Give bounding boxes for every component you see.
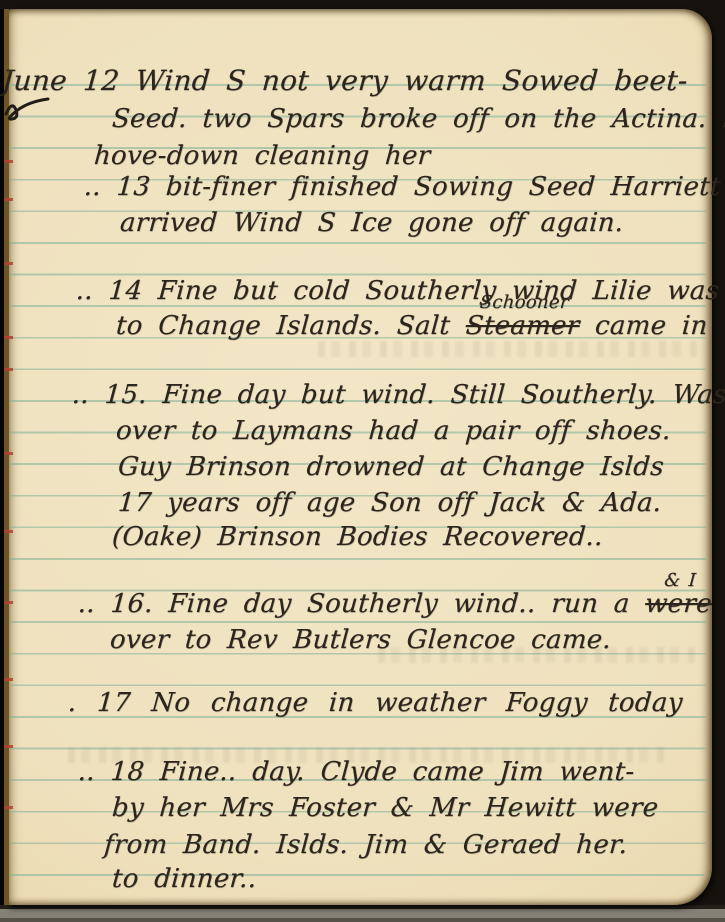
journal-text: .. 13 bit-finer finished Sowing Seed Har… xyxy=(83,172,722,202)
correction-word: Schooner xyxy=(479,292,569,313)
journal-text: to dinner.. xyxy=(111,864,258,894)
journal-text: .. 18 Fine.. day. Clyde came Jim went- xyxy=(77,757,636,787)
journal-text: from Band. Islds. Jim & Geraed her. xyxy=(103,830,629,860)
journal-text: Guy Brinson drowned at Change Islds xyxy=(117,452,665,482)
journal-line: hove-down cleaning her xyxy=(93,141,432,171)
journal-text: by her Mrs Foster & Mr Hewitt were xyxy=(111,793,660,823)
journal-line: by her Mrs Foster & Mr Hewitt were xyxy=(111,793,660,823)
journal-line: (Oake) Brinson Bodies Recovered.. xyxy=(111,522,604,552)
journal-line: . 17 No change in weather Foggy today xyxy=(67,688,684,718)
journal-line: .. 14 Fine but cold Southerly wind Lilie… xyxy=(75,276,720,306)
journal-line: .. 18 Fine.. day. Clyde came Jim went- xyxy=(77,757,636,787)
journal-text: June 12 Wind S not very warm Sowed beet- xyxy=(1,64,689,97)
ink-flourish xyxy=(4,96,50,122)
journal-text: were xyxy=(644,589,713,619)
margin-tick xyxy=(4,368,13,371)
margin-tick xyxy=(4,806,13,809)
margin-tick xyxy=(4,160,13,163)
show-through-smudge xyxy=(318,341,698,357)
journal-text: .. 16. Fine day Southerly wind.. run a xyxy=(77,589,646,619)
journal-text: .. 15. Fine day but wind. Still Southerl… xyxy=(71,380,725,410)
correction-word: & I xyxy=(664,570,697,591)
journal-line: Guy Brinson drowned at Change Islds xyxy=(117,452,665,482)
journal-line: June 12 Wind S not very warm Sowed beet- xyxy=(1,64,689,97)
journal-line: Seed. two Spars broke off on the Actina.… xyxy=(111,104,725,134)
journal-line: from Band. Islds. Jim & Geraed her. xyxy=(103,830,629,860)
journal-text: 17 years off age Son off Jack & Ada. xyxy=(117,488,663,518)
journal-line: to Change Islands. Salt SteamerSchooner … xyxy=(115,311,709,341)
journal-text: to Change Islands. Salt xyxy=(115,311,467,341)
margin-tick xyxy=(4,262,13,265)
margin-tick xyxy=(4,678,13,681)
journal-text: Steamer xyxy=(465,311,581,341)
journal-text: over to Rev Butlers Glencoe came. xyxy=(109,625,612,655)
journal-line: over to Laymans had a pair off shoes. xyxy=(115,416,672,446)
journal-text: hove-down cleaning her xyxy=(93,141,432,171)
journal-text: .. 14 Fine but cold Southerly wind Lilie… xyxy=(75,276,720,306)
margin-tick xyxy=(4,530,13,533)
journal-text: . 17 No change in weather Foggy today xyxy=(67,688,684,718)
margin-tick xyxy=(4,745,13,748)
journal-text: arrived Wind S Ice gone off again. xyxy=(119,208,625,238)
margin-tick xyxy=(4,198,13,201)
journal-line: over to Rev Butlers Glencoe came. xyxy=(109,625,612,655)
journal-text: came in xyxy=(578,311,708,341)
struck-word: SteamerSchooner xyxy=(465,311,581,341)
journal-text: (Oake) Brinson Bodies Recovered.. xyxy=(111,522,604,552)
journal-line: .. 16. Fine day Southerly wind.. run a w… xyxy=(77,589,713,619)
journal-line: 17 years off age Son off Jack & Ada. xyxy=(117,488,663,518)
margin-tick xyxy=(4,452,13,455)
page-edge-left xyxy=(0,9,9,905)
journal-line: .. 13 bit-finer finished Sowing Seed Har… xyxy=(83,172,722,202)
scanner-desk-band xyxy=(0,905,725,922)
journal-line: .. 15. Fine day but wind. Still Southerl… xyxy=(71,380,725,410)
journal-text: Seed. two Spars broke off on the Actina.… xyxy=(111,104,725,134)
journal-line: arrived Wind S Ice gone off again. xyxy=(119,208,625,238)
struck-word: were& I xyxy=(644,589,713,619)
journal-line: to dinner.. xyxy=(111,864,258,894)
margin-tick xyxy=(4,601,13,604)
margin-tick xyxy=(4,336,13,339)
journal-text: over to Laymans had a pair off shoes. xyxy=(115,416,672,446)
